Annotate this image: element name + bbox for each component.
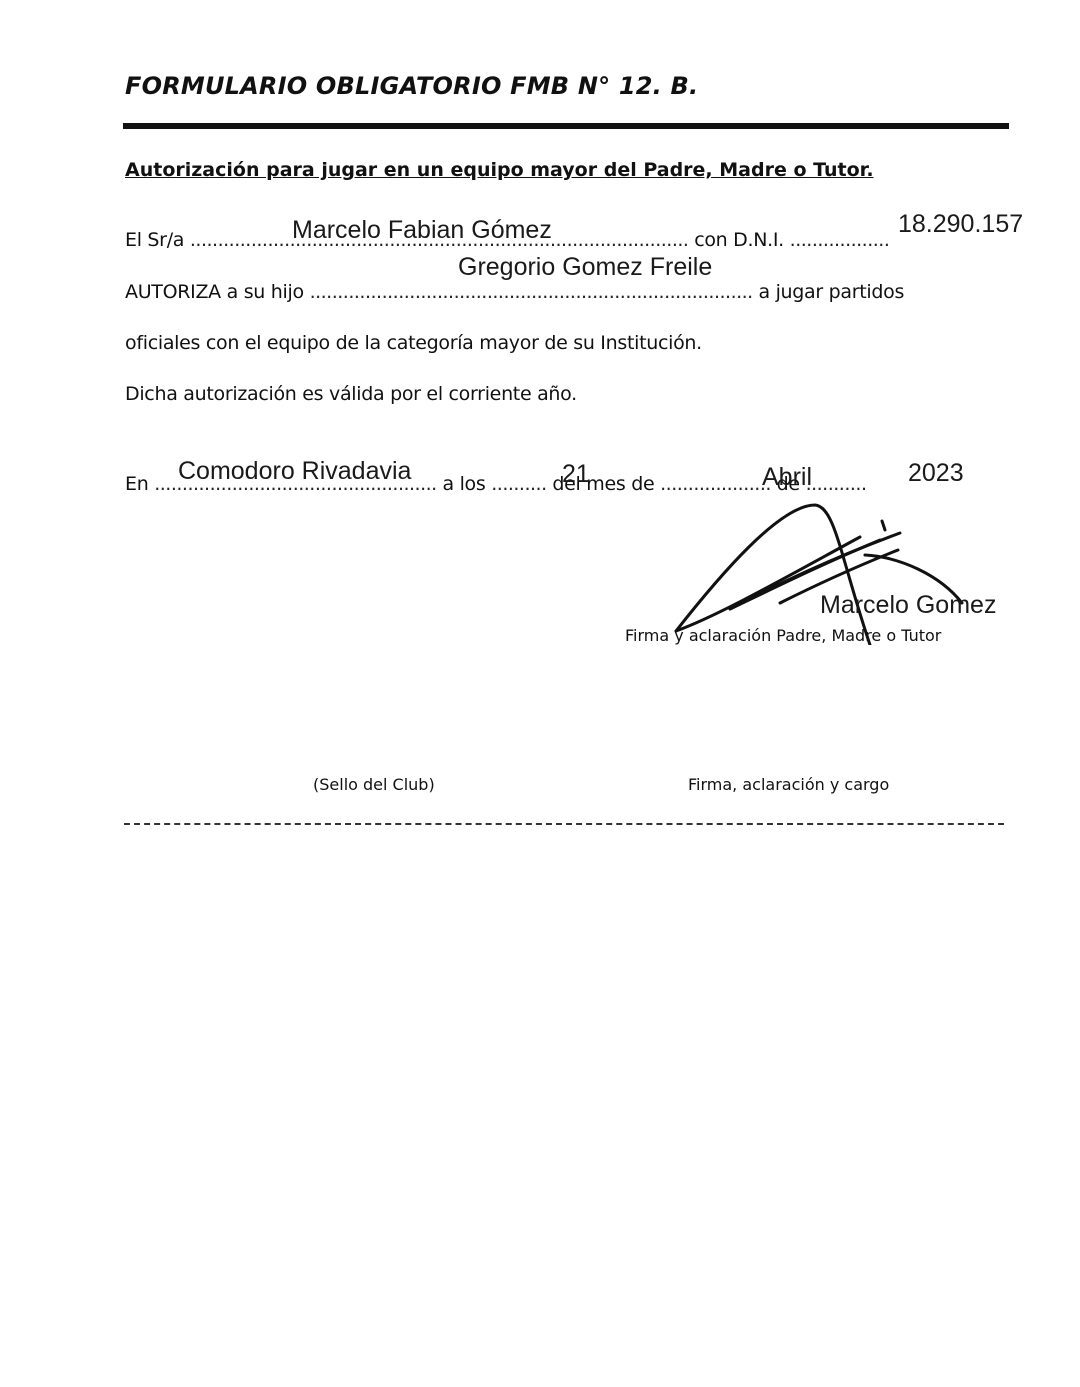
child-line: AUTORIZA a su hijo .....................… (125, 281, 904, 303)
form-subtitle: Autorización para jugar en un equipo may… (125, 159, 874, 181)
month-dots: .................... (660, 473, 771, 495)
cut-line (124, 823, 1004, 825)
date-a-los: a los (442, 473, 485, 495)
child-prefix: AUTORIZA a su hijo (125, 281, 304, 303)
child-suffix: a jugar partidos (758, 281, 904, 303)
signature-scribble-icon (660, 495, 980, 645)
body-line-3: oficiales con el equipo de la categoría … (125, 332, 702, 354)
parent-name-field[interactable]: Marcelo Fabian Gómez (292, 216, 552, 245)
club-signature-label: Firma, aclaración y cargo (688, 775, 889, 794)
body-line-4: Dicha autorización es válida por el corr… (125, 383, 577, 405)
form-title: FORMULARIO OBLIGATORIO FMB N° 12. B. (125, 72, 698, 100)
dni-field[interactable]: 18.290.157 (898, 210, 1023, 239)
month-field[interactable]: Abril (762, 463, 812, 492)
year-dots: ........... (806, 473, 867, 495)
club-stamp-label: (Sello del Club) (313, 775, 435, 794)
date-en: En (125, 473, 148, 495)
title-rule (123, 123, 1009, 129)
child-name-dots: ........................................… (310, 281, 753, 303)
day-dots: .......... (491, 473, 546, 495)
signature-name: Marcelo Gomez (820, 591, 996, 620)
year-field[interactable]: 2023 (908, 459, 964, 488)
dni-dots: .................. (790, 229, 890, 251)
signature-caption: Firma y aclaración Padre, Madre o Tutor (625, 626, 941, 645)
parent-prefix: El Sr/a (125, 229, 184, 251)
dni-label: con D.N.I. (694, 229, 784, 251)
city-field[interactable]: Comodoro Rivadavia (178, 457, 411, 486)
child-name-field[interactable]: Gregorio Gomez Freile (458, 253, 712, 282)
day-field[interactable]: 21 (562, 460, 590, 489)
